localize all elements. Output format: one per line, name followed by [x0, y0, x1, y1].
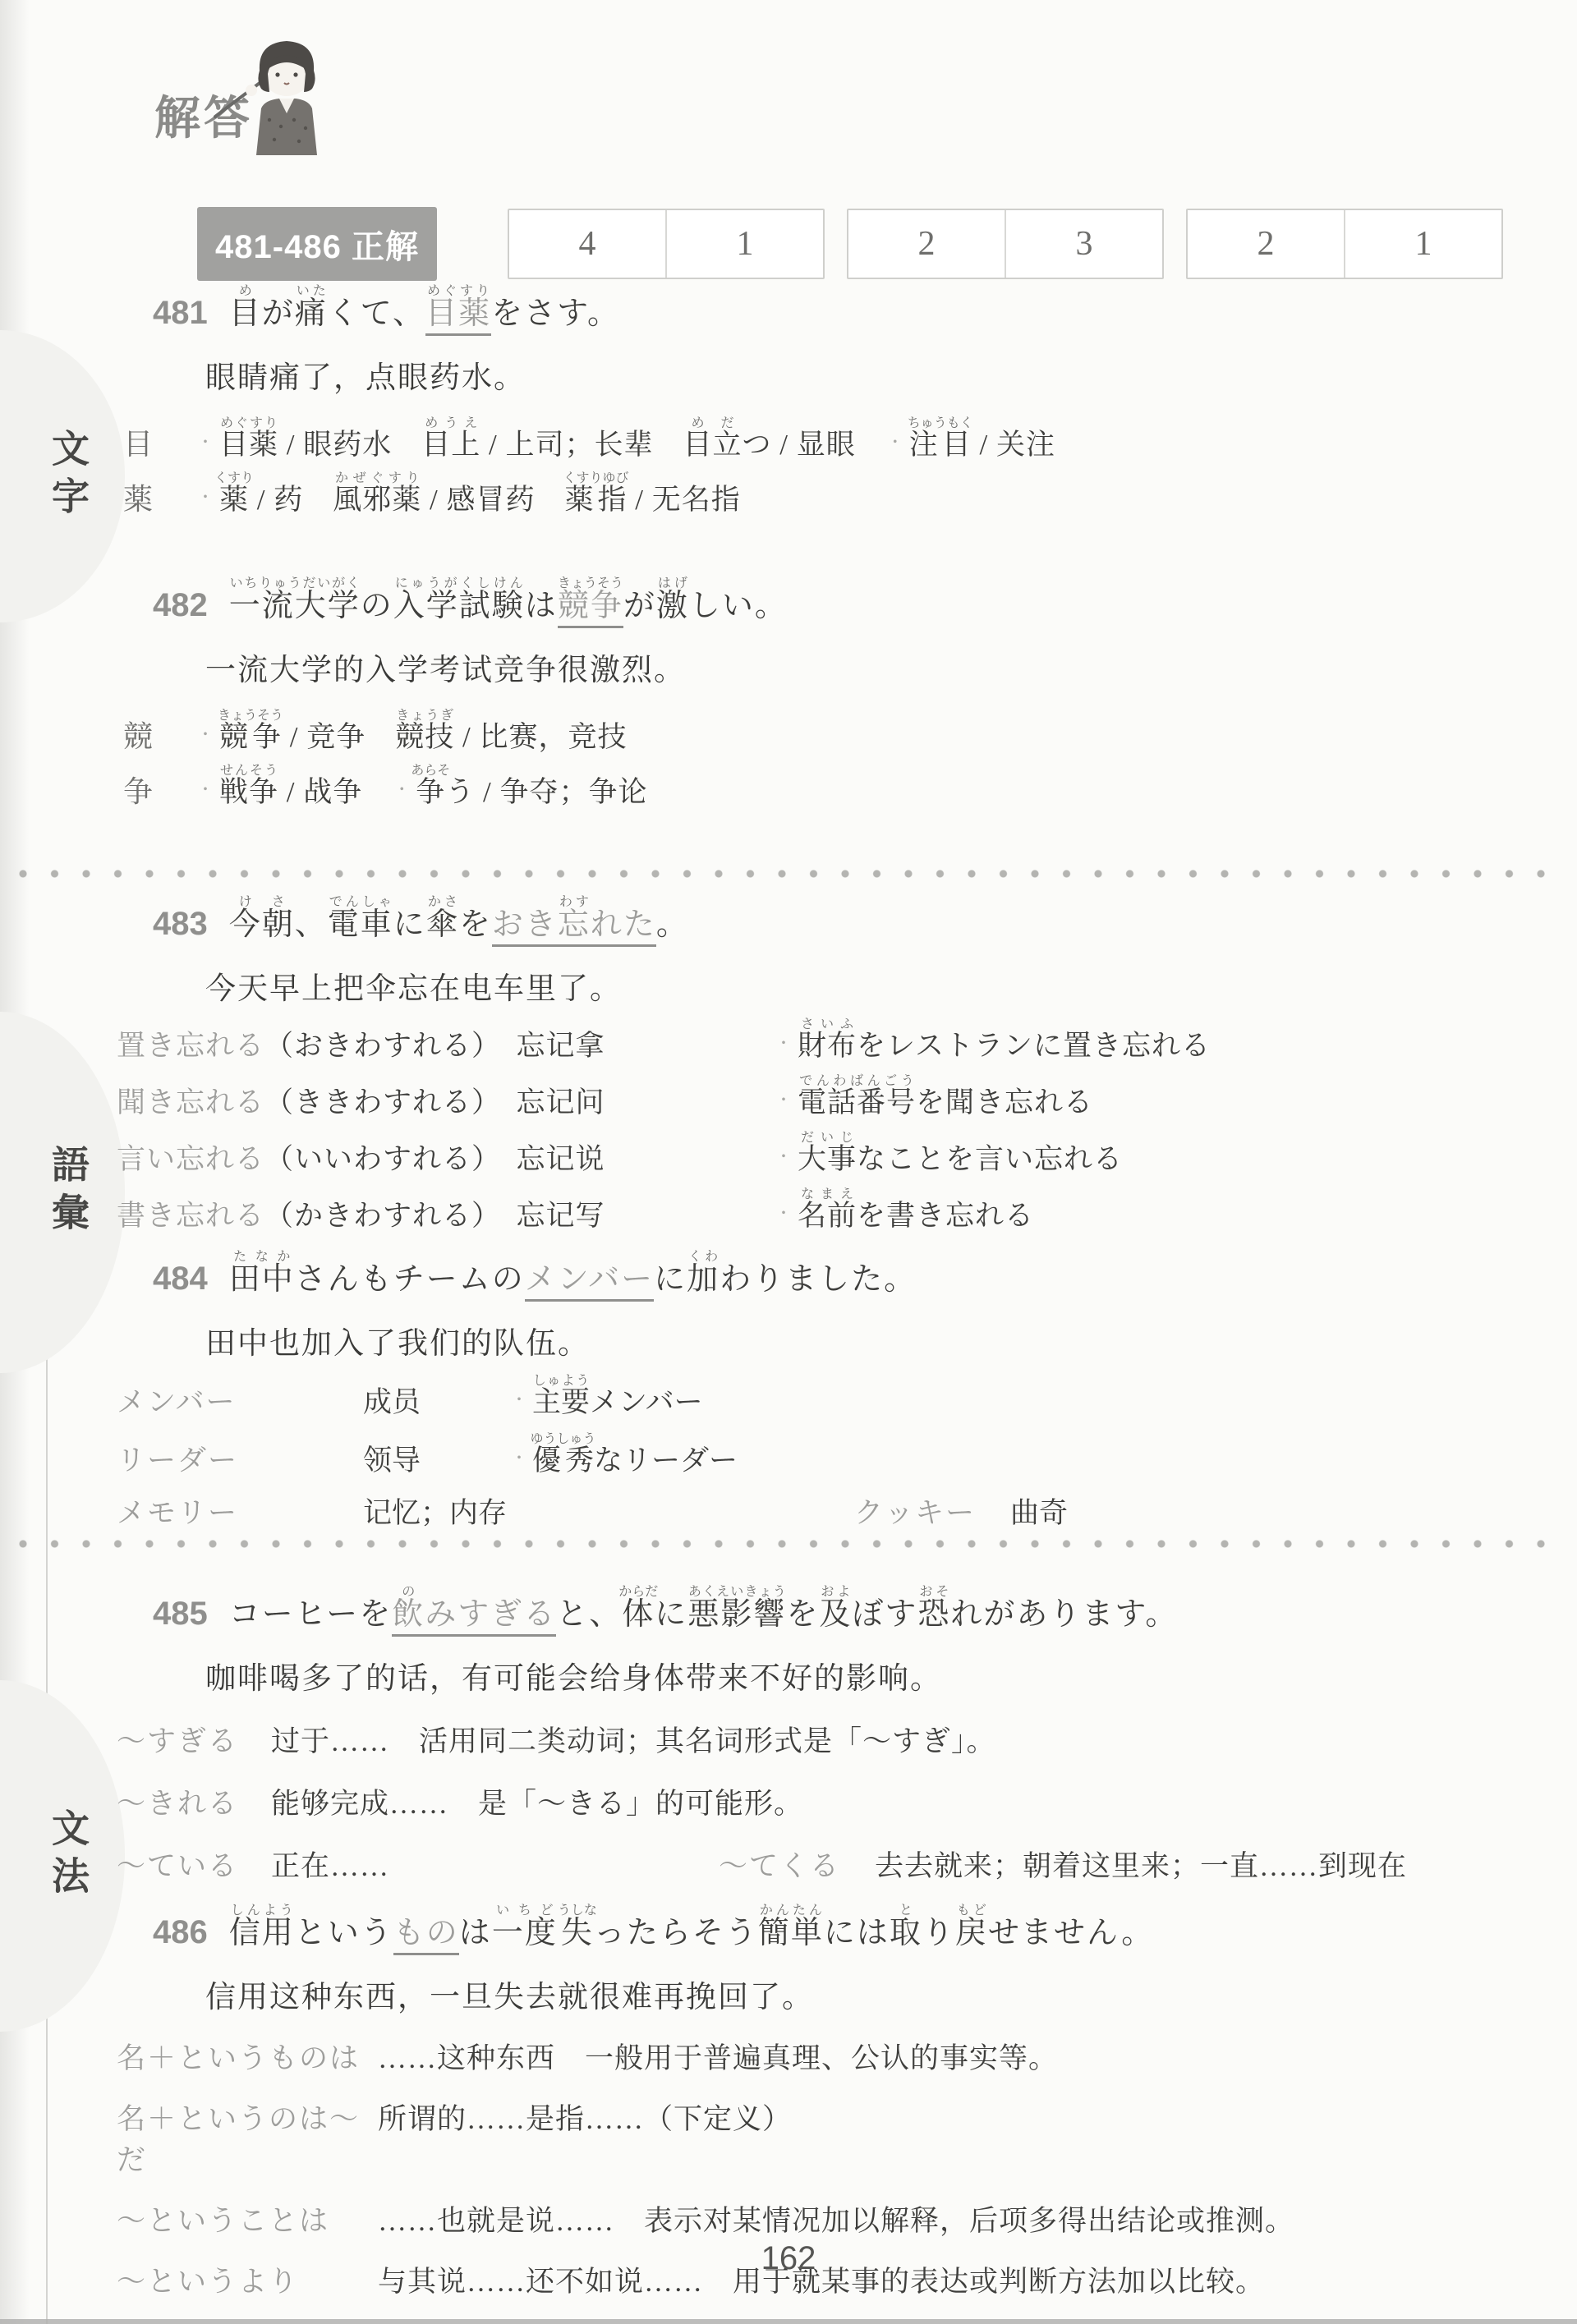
question-number: 486 [153, 1914, 208, 1951]
chinese-translation: 咖啡喝多了的话，有可能会给身体带来不好的影响。 [205, 1653, 1513, 1697]
question-number: 483 [153, 906, 208, 943]
grammar-pattern: ～ということは [117, 2198, 378, 2239]
side-tab-moji: 文字 [0, 330, 125, 622]
grammar-pattern: 名＋というのは～だ [117, 2097, 378, 2179]
answer-cell-483: 2 [848, 210, 1005, 278]
grammar-explanation: 所谓的……是指……（下定义） [378, 2097, 792, 2138]
vocab-example: ・電話番号でんわばんごうを聞き忘れる [774, 1074, 1093, 1119]
grammar-pattern: ～ている [117, 1844, 271, 1885]
teacher-girl-illustration [204, 28, 356, 155]
answer-key-page: 解答 481-486 正解 4 1 2 3 2 1 文字 語彙 文法 [0, 0, 1577, 2324]
vocab-example: ・大事だいじなことを言い忘れる [774, 1131, 1123, 1176]
question-483-sentence-line: 483 今朝けさ、電車でんしゃに傘かさをおき忘わすれた。 [153, 895, 1513, 944]
term-meaning: 记忆；内存 [363, 1490, 854, 1532]
answer-cell-484: 3 [1005, 210, 1162, 278]
kanji-headword: 競 [123, 714, 195, 756]
question-481: 481 目めが痛いたくて、目薬めぐすりをさす。 眼睛痛了，点眼药水。 目 ・目薬… [117, 284, 1513, 518]
kanji-row: 薬 ・薬くすり / 药 風邪薬かぜぐすり / 感冒药 薬指くすりゆび / 无名指 [117, 471, 1513, 518]
question-484: 484 田中たなかさんもチームのメンバーに加くわわりました。 田中也加入了我们的… [117, 1250, 1513, 1532]
term-meaning-2: 曲奇 [1010, 1490, 1068, 1532]
vocab-row: 置き忘れる（おきわすれる） 忘记拿 ・財布さいふをレストランに置き忘れる [117, 1017, 1513, 1064]
vocab-row: メンバー 成员 ・主要しゅようメンバー [117, 1374, 1513, 1421]
question-number: 482 [153, 587, 208, 624]
grammar-explanation: 能够完成…… 是「～きる」的可能形。 [271, 1781, 803, 1822]
katakana-term-2: クッキー [854, 1490, 1010, 1532]
grammar-pattern-2: ～てくる [719, 1844, 875, 1885]
chinese-translation: 一流大学的入学考试竞争很激烈。 [205, 645, 1513, 689]
vocab-row: 言い忘れる（いいわすれる） 忘记说 ・大事だいじなことを言い忘れる [117, 1131, 1513, 1178]
side-tab-goi-label: 語彙 [41, 1145, 95, 1240]
kanji-row: 争 ・戦争せんそう / 战争 ・争あらそう / 争夺；争论 [117, 764, 1513, 811]
question-number: 484 [153, 1261, 208, 1297]
question-484-sentence-line: 484 田中たなかさんもチームのメンバーに加くわわりました。 [153, 1250, 1513, 1298]
grammar-explanation: 过于…… 活用同二类动词；其名词形式是「～すぎ」。 [271, 1719, 996, 1760]
side-tab-bunpou: 文法 [0, 1680, 125, 2032]
japanese-sentence: 目めが痛いたくて、目薬めぐすりをさす。 [229, 284, 620, 333]
side-tab-moji-label: 文字 [41, 429, 95, 524]
grammar-row: 名＋というものは ……这种东西 一般用于普遍真理、公认的事实等。 [117, 2036, 1513, 2077]
kanji-examples: ・競争きょうそう / 竞争 競技きょうぎ / 比赛，竞技 [195, 709, 628, 754]
answer-box-group-3: 2 1 [1186, 209, 1503, 279]
katakana-term: メンバー [117, 1380, 363, 1421]
grammar-row: ～ている 正在…… ～てくる 去去就来；朝着这里来；一直……到现在 [117, 1844, 1513, 1885]
japanese-sentence: 一流大学いちりゅうだいがくの入学試験にゅうがくしけんは競争きょうそうが激はげしい… [229, 576, 788, 625]
term-meaning: 领导 [363, 1438, 509, 1479]
page-number: 162 [0, 2240, 1577, 2277]
vocab-example: ・名前なまえを書き忘れる [774, 1187, 1034, 1233]
question-481-sentence-line: 481 目めが痛いたくて、目薬めぐすりをさす。 [153, 284, 1513, 333]
kanji-examples: ・戦争せんそう / 战争 ・争あらそう / 争夺；争论 [195, 764, 648, 809]
page-bottom-edge [0, 2319, 1577, 2324]
grammar-row: ～ということは ……也就是说…… 表示对某情况加以解释，后项多得出结论或推测。 [117, 2198, 1513, 2239]
question-483: 483 今朝けさ、電車でんしゃに傘かさをおき忘わすれた。 今天早上把伞忘在电车里… [117, 895, 1513, 1234]
answer-box-group-2: 2 3 [847, 209, 1164, 279]
japanese-sentence: 今朝けさ、電車でんしゃに傘かさをおき忘わすれた。 [229, 895, 689, 944]
grammar-pattern: 名＋というものは [117, 2036, 378, 2077]
katakana-term: メモリー [117, 1490, 363, 1532]
kanji-row: 目 ・目薬めぐすり / 眼药水 目上めうえ / 上司；长辈 目立めだつ / 显眼… [117, 416, 1513, 463]
question-number: 481 [153, 295, 208, 332]
vocab-term: 聞き忘れる（ききわすれる） 忘记问 [117, 1080, 774, 1121]
grammar-pattern: ～きれる [117, 1781, 271, 1822]
vocab-row: リーダー 领导 ・優秀ゆうしゅうなリーダー [117, 1432, 1513, 1479]
kanji-headword: 目 [123, 421, 195, 463]
answer-cell-482: 1 [665, 210, 823, 278]
question-486-sentence-line: 486 信用しんようというものは一度いちど失うしなったらそう簡単かんたんには取と… [153, 1904, 1513, 1952]
vocab-example: ・財布さいふをレストランに置き忘れる [774, 1017, 1211, 1063]
vocab-row: 書き忘れる（かきわすれる） 忘记写 ・名前なまえを書き忘れる [117, 1187, 1513, 1234]
side-tab-goi: 語彙 [0, 1012, 125, 1373]
term-meaning: 成员 [363, 1380, 509, 1421]
grammar-row: ～きれる 能够完成…… 是「～きる」的可能形。 [117, 1781, 1513, 1822]
question-number: 485 [153, 1596, 208, 1633]
chinese-translation: 今天早上把伞忘在电车里了。 [205, 963, 1513, 1008]
term-example: ・優秀ゆうしゅうなリーダー [509, 1432, 738, 1477]
japanese-sentence: 田中たなかさんもチームのメンバーに加くわわりました。 [229, 1250, 917, 1298]
vocab-term: 言い忘れる（いいわすれる） 忘记说 [117, 1137, 774, 1178]
japanese-sentence: コーヒーを飲のみすぎると、体からだに悪影響あくえいきょうを及およぼす恐おそれがあ… [229, 1585, 1179, 1633]
answer-box-group-1: 4 1 [508, 209, 825, 279]
answer-cell-481: 4 [509, 210, 665, 278]
kanji-row: 競 ・競争きょうそう / 竞争 競技きょうぎ / 比赛，竞技 [117, 709, 1513, 756]
side-tab-bunpou-label: 文法 [41, 1808, 95, 1904]
term-example: ・主要しゅようメンバー [509, 1374, 703, 1419]
dotted-separator-2 [18, 1539, 1562, 1549]
dotted-separator-1 [18, 869, 1562, 879]
kanji-headword: 争 [123, 769, 195, 811]
kanji-examples: ・目薬めぐすり / 眼药水 目上めうえ / 上司；长辈 目立めだつ / 显眼 ・… [195, 416, 1055, 462]
kanji-headword: 薬 [123, 476, 195, 518]
chinese-translation: 田中也加入了我们的队伍。 [205, 1318, 1513, 1362]
katakana-term: リーダー [117, 1438, 363, 1479]
question-482: 482 一流大学いちりゅうだいがくの入学試験にゅうがくしけんは競争きょうそうが激… [117, 576, 1513, 811]
grammar-row: ～すぎる 过于…… 活用同二类动词；其名词形式是「～すぎ」。 [117, 1719, 1513, 1760]
question-485: 485 コーヒーを飲のみすぎると、体からだに悪影響あくえいきょうを及およぼす恐お… [117, 1585, 1513, 1885]
grammar-row: 名＋というのは～だ 所谓的……是指……（下定义） [117, 2097, 1513, 2179]
answer-cell-485: 2 [1188, 210, 1344, 278]
grammar-explanation: 正在…… [271, 1844, 719, 1885]
grammar-explanation-2: 去去就来；朝着这里来；一直……到现在 [875, 1844, 1407, 1885]
chinese-translation: 眼睛痛了，点眼药水。 [205, 352, 1513, 397]
vocab-row: 聞き忘れる（ききわすれる） 忘记问 ・電話番号でんわばんごうを聞き忘れる [117, 1074, 1513, 1121]
chinese-translation: 信用这种东西，一旦失去就很难再挽回了。 [205, 1972, 1513, 2016]
vocab-term: 置き忘れる（おきわすれる） 忘记拿 [117, 1023, 774, 1064]
answer-cell-486: 1 [1344, 210, 1501, 278]
japanese-sentence: 信用しんようというものは一度いちど失うしなったらそう簡単かんたんには取とり戻もど… [229, 1904, 1154, 1952]
grammar-explanation: ……这种东西 一般用于普遍真理、公认的事实等。 [378, 2036, 1058, 2077]
question-485-sentence-line: 485 コーヒーを飲のみすぎると、体からだに悪影響あくえいきょうを及およぼす恐お… [153, 1585, 1513, 1633]
kanji-examples: ・薬くすり / 药 風邪薬かぜぐすり / 感冒药 薬指くすりゆび / 无名指 [195, 471, 741, 517]
grammar-explanation: ……也就是说…… 表示对某情况加以解释，后项多得出结论或推测。 [378, 2198, 1294, 2239]
vocab-row: メモリー 记忆；内存 クッキー 曲奇 [117, 1490, 1513, 1532]
vocab-term: 書き忘れる（かきわすれる） 忘记写 [117, 1193, 774, 1234]
question-482-sentence-line: 482 一流大学いちりゅうだいがくの入学試験にゅうがくしけんは競争きょうそうが激… [153, 576, 1513, 625]
grammar-pattern: ～すぎる [117, 1719, 271, 1760]
answer-range-badge: 481-486 正解 [197, 207, 437, 281]
